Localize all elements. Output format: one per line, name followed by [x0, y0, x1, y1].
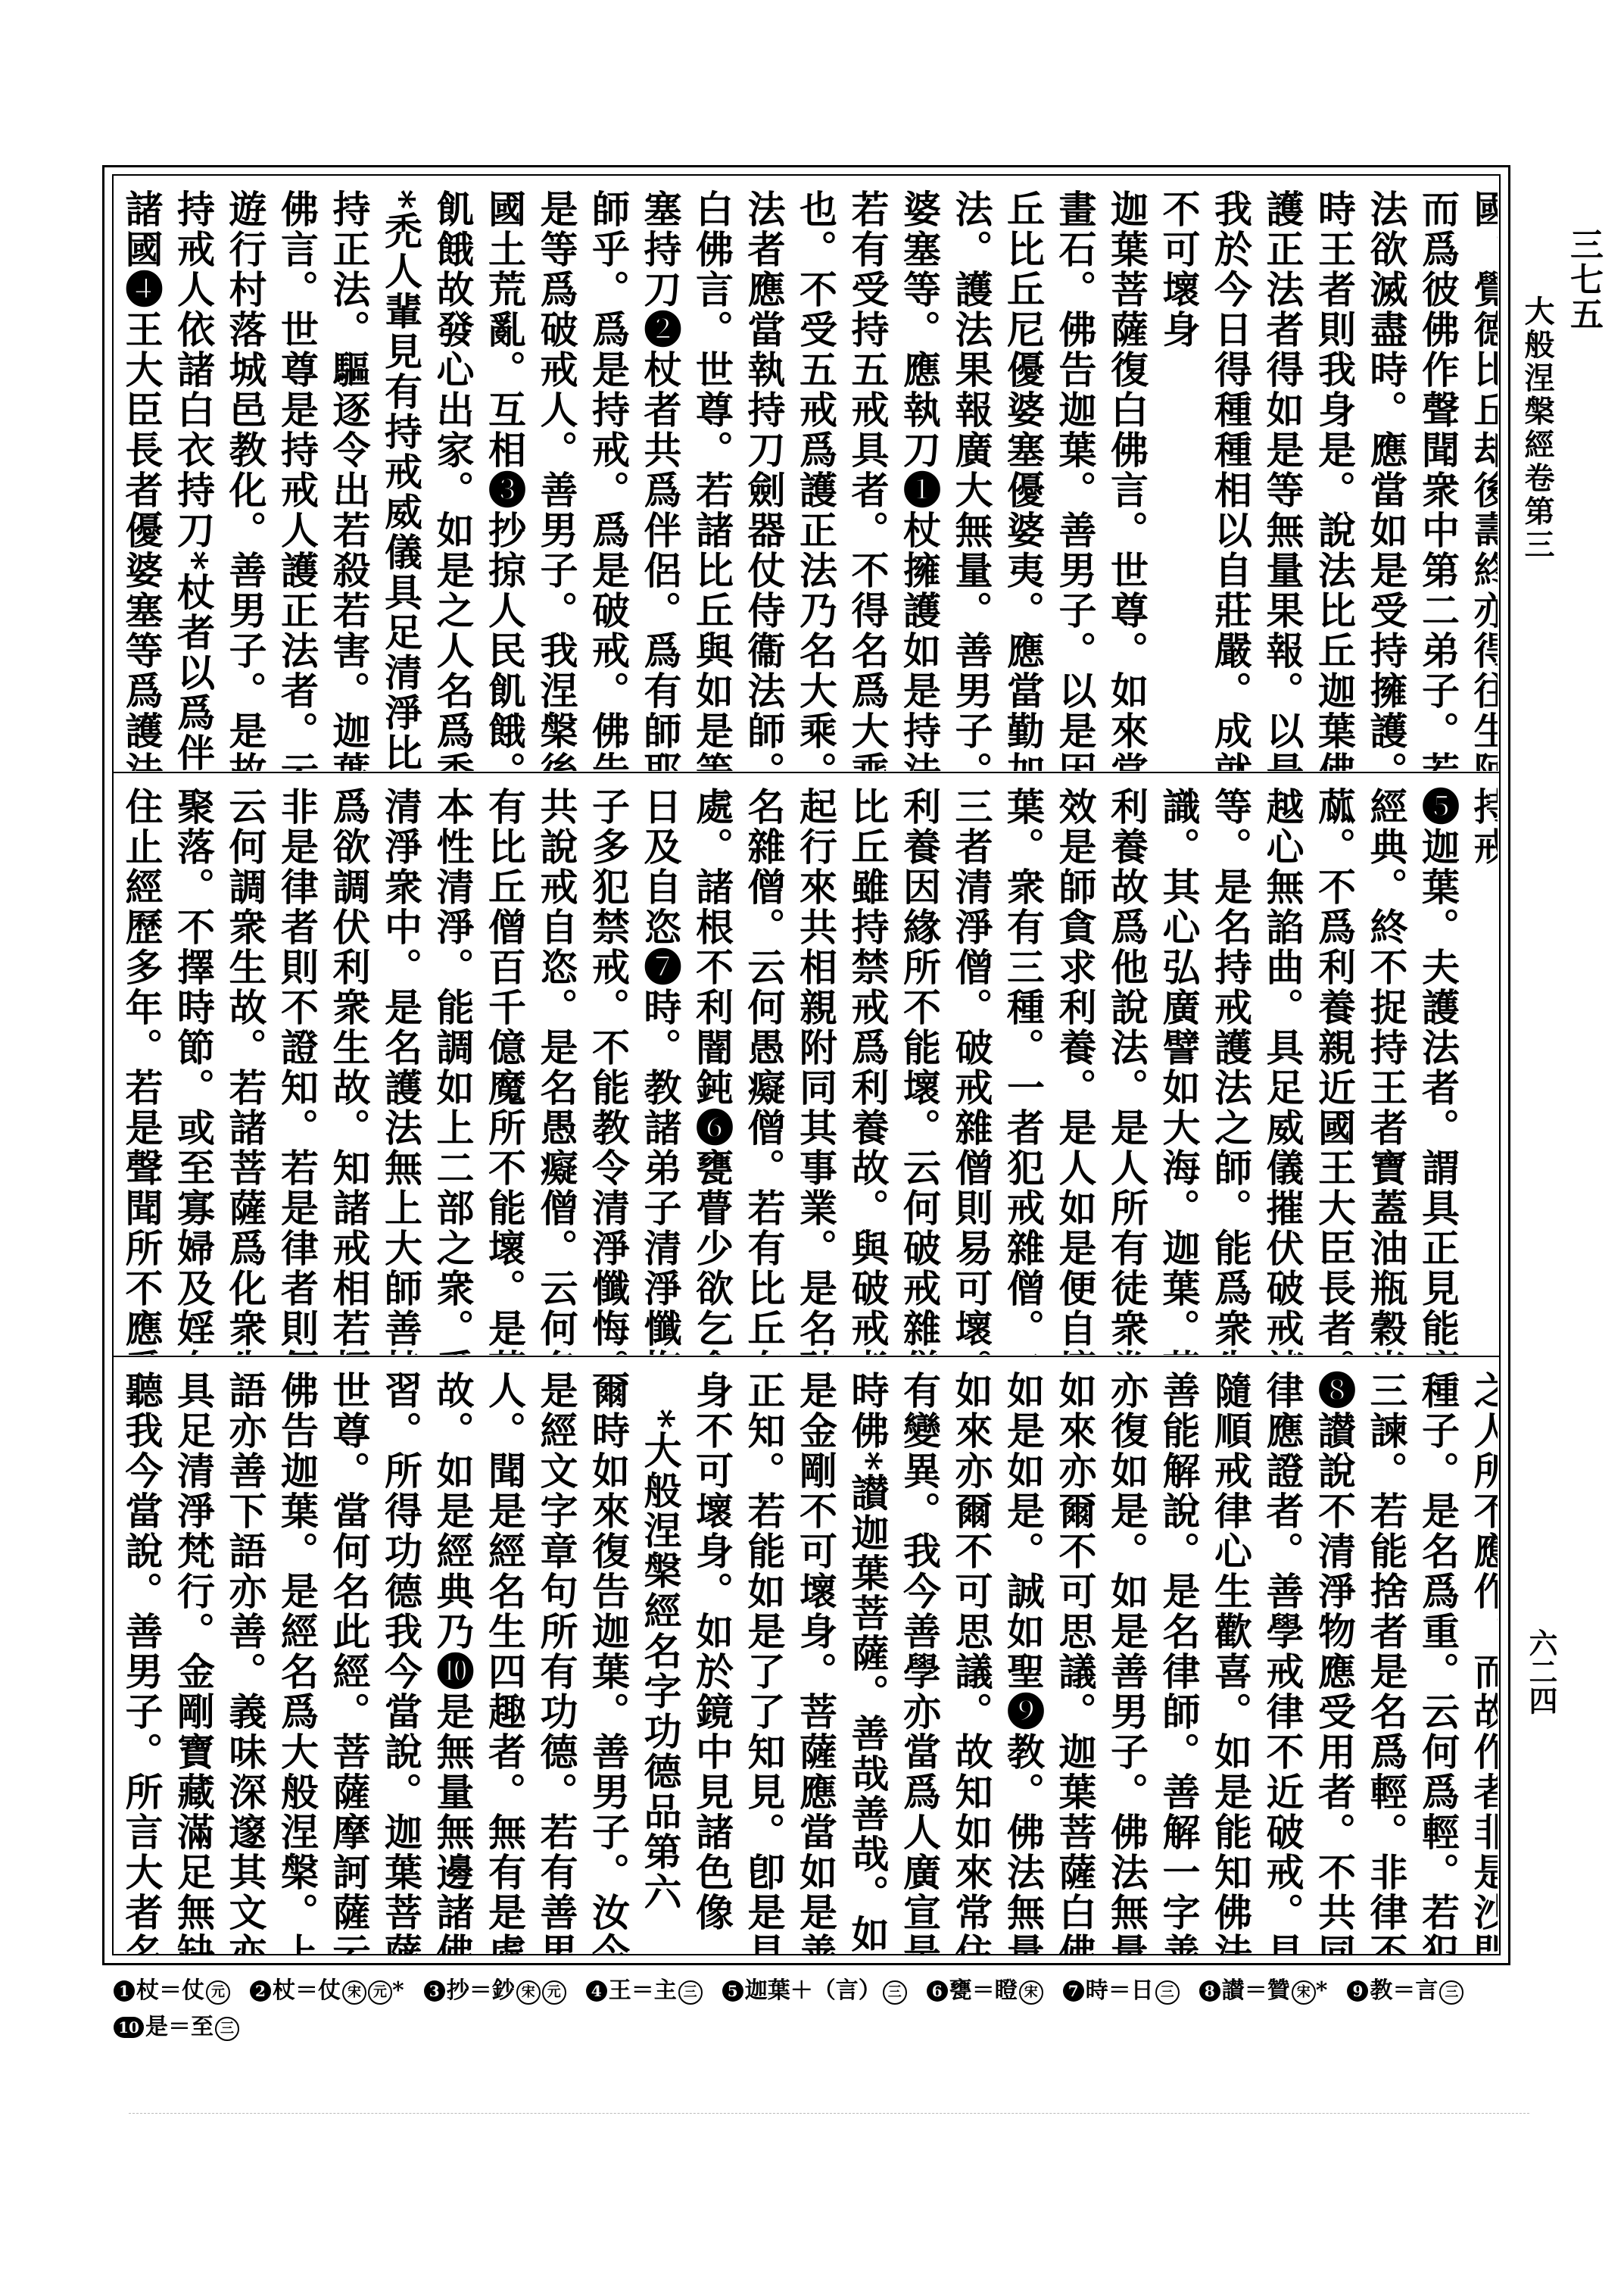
text-column: 種子。是名爲重。云何爲輕。若犯輕事如是: [1412, 1371, 1464, 1954]
text-column: 非是律者則不證知。若是律者則便證知。: [271, 787, 323, 1355]
text-column: 習。所得功德我今當說。迦葉菩薩白佛言。: [375, 1371, 427, 1954]
text-column: 三者清淨僧。破戒雜僧則易可壞。持戒淨僧: [945, 787, 997, 1355]
text-column: 故。如是經典乃❿是無量無邊諸佛之所修: [426, 1371, 478, 1954]
running-title: 大般涅槃經卷第三: [1516, 295, 1559, 562]
text-column: 諸國❹王大臣長者優婆塞等爲護法故雖: [115, 189, 167, 771]
text-column: *大般涅槃經名字功德品第六: [634, 1371, 686, 1954]
text-panel-lower: 調伏利益衆生。云何知重若見如來因事制戒。汝從今日愼莫更犯。如四重禁出家之人所不應…: [115, 1357, 1498, 1954]
footnote-text: 教＝言: [1370, 1977, 1438, 2004]
text-column: ❺迦葉。夫護法者。謂具正見能廣宣說大乘: [1412, 787, 1464, 1355]
footnote-number-badge: 5: [722, 1980, 743, 2002]
footnote-text: 迦葉＋（言）: [745, 1977, 881, 2004]
edition-mark-icon: 元: [542, 1980, 566, 2005]
text-column: 有比丘僧百千億魔所不能壞。是菩薩衆: [478, 787, 531, 1355]
edition-mark-icon: 三: [215, 2017, 239, 2041]
text-column: 如來亦爾不可思議。故知如來常住不壞無: [945, 1371, 997, 1954]
edition-mark-icon: 三: [678, 1980, 703, 2005]
footnote: 3抄＝鈔宋元: [424, 1973, 566, 2009]
text-column: 是經文字章句所有功德。若有善男子善女: [530, 1371, 582, 1954]
text-column: 佛告迦葉。是經名爲大般涅槃。上語亦善中: [271, 1371, 323, 1954]
text-column: 人。聞是經名生四趣者。無有是處。何以: [478, 1371, 531, 1954]
footnote-number-badge: 4: [586, 1980, 607, 2002]
text-column: 若有受持五戒具者。不得名爲大乘人: [841, 189, 893, 771]
edition-mark-icon: 三: [1439, 1980, 1463, 2005]
text-column: 有變異。我今善學亦當爲人廣宣是義。爾: [893, 1371, 946, 1954]
text-column: 正知。若能如是了了知見。卽是見佛金剛之: [737, 1371, 790, 1954]
text-column: 時佛*讃迦葉菩薩。善哉善哉。如來身者卽: [841, 1371, 893, 1954]
sutra-page: 三七五 大般涅槃經卷第三 六二四 子。其王將從人民眷屬。有戰鬪者有隨喜者。一切不…: [0, 0, 1624, 2272]
text-column: 本性清淨。能調如上二部之衆。悉令安住: [426, 787, 478, 1355]
text-column: 識。其心弘廣譬如大海。迦葉。若有比丘以: [1152, 787, 1205, 1355]
text-column: 越心無諂曲。具足威儀摧伏破戒諸惡人: [1256, 787, 1308, 1355]
text-column: 之人所不應作。而故作者非是沙門非釋: [1463, 1371, 1498, 1954]
footnote: 4王＝主三: [586, 1973, 703, 2009]
text-column: 爲欲調伏利衆生故。知諸戒相若輕若重。: [323, 787, 375, 1355]
text-column: 持戒: [1463, 787, 1498, 1355]
text-column: 護正法者得如是等無量果報。以是因緣: [1256, 189, 1308, 771]
text-column: 不可壞身: [1152, 189, 1205, 771]
scan-artifacts: [129, 2113, 1529, 2121]
text-column: 蓏。不爲利養親近國王大臣長者。於諸檀: [1308, 787, 1361, 1355]
footnote-number-badge: 1: [114, 1980, 135, 2002]
text-column: 利養故爲他說法。是人所有徒衆眷屬。亦: [1101, 787, 1153, 1355]
footnote: 2杖＝仗宋元*: [250, 1973, 404, 2009]
text-panel-middle: 持刀*杖。我說是等名爲持戒。雖持刀*杖不應斷命。若能如是。卽得名爲第一持戒❺迦葉…: [115, 773, 1498, 1355]
text-column: 善能解說。是名律師。善解一字善持契經: [1152, 1371, 1205, 1954]
text-column: 遊行村落城邑教化。善男子。是故我今聽: [219, 189, 271, 771]
footnote: 6甕＝瞪宋: [927, 1973, 1043, 2009]
text-column: *禿人輩見有持戒威儀具足清淨比丘護: [375, 189, 427, 771]
text-column: 清淨衆中。是名護法無上大師善持律者。: [375, 787, 427, 1355]
text-column: 等。是名持戒護法之師。能爲衆生眞善知: [1205, 787, 1257, 1355]
text-columns-lower: 調伏利益衆生。云何知重若見如來因事制戒。汝從今日愼莫更犯。如四重禁出家之人所不應…: [115, 1357, 1498, 1954]
footnote: 5迦葉＋（言）三: [722, 1973, 907, 2009]
text-column: 效是師貪求利養。是人如是便自壞衆。迦: [1049, 787, 1101, 1355]
footnote: 9教＝言三: [1347, 1973, 1463, 2009]
text-column: 婆塞等。應執刀❶杖擁護如是持法比丘。: [893, 189, 946, 771]
text-column: 日及自恣❼時。教諸弟子清淨懺悔。見非弟: [634, 787, 686, 1355]
page-number: 六二四: [1520, 1628, 1562, 1715]
text-column: 也。不受五戒爲護正法乃名大乘。護正: [790, 189, 842, 771]
text-column: 聽我今當說。善男子。所言大者名之爲常。: [115, 1371, 167, 1954]
text-column: 世尊。當何名此經。菩薩摩訶薩云何奉持。: [323, 1371, 375, 1954]
text-column: 是金剛不可壞身。菩薩應當如是善學正見: [790, 1371, 842, 1954]
text-column: 時王者則我身是。說法比丘迦葉佛是。迦葉。: [1308, 189, 1361, 771]
footnote-text: 是＝至: [145, 2014, 214, 2040]
text-column: 亦復如是。如是善男子。佛法無量不可思議。: [1101, 1371, 1153, 1954]
footnote-number-badge: 10: [114, 2017, 144, 2038]
footnote-number-badge: 2: [250, 1980, 271, 2002]
footnote-text: 讃＝贊: [1222, 1977, 1290, 2004]
footnote: 10是＝至三: [114, 2009, 239, 2046]
text-column: 語亦善下語亦善。義味深邃其文亦善。純備: [219, 1371, 271, 1954]
text-column: 我於今日得種種相以自莊嚴。成就法身: [1205, 189, 1257, 771]
text-column: 隨順戒律心生歡喜。如是能知佛法所作: [1205, 1371, 1257, 1954]
text-column: 名雜僧。云何愚癡僧。若有比丘在阿蘭若: [737, 787, 790, 1355]
text-column: 身不可壞身。如於鏡中見諸色像: [686, 1371, 738, 1954]
footnote: 8讃＝贊宋*: [1199, 1973, 1328, 2009]
text-column: 丘比丘尼優婆塞優婆夷。應當勤加護持正: [997, 189, 1049, 771]
footnote-number-badge: 8: [1199, 1980, 1220, 2002]
footnote-text: 抄＝鈔: [447, 1977, 515, 2004]
edition-mark-icon: 宋: [516, 1980, 541, 2005]
text-column: 飢餓故發心出家。如是之人名爲禿人。是: [426, 189, 478, 771]
text-column: 法。護法果報廣大無量。善男子。是故護法優: [945, 189, 997, 771]
text-column: 迦葉菩薩復白佛言。世尊。如來常身猶如: [1101, 189, 1153, 771]
footnote-text: 杖＝仗: [136, 1977, 204, 2004]
text-column: 子多犯禁戒。不能教令清淨懺悔。而便與: [582, 787, 634, 1355]
asterisk-mark: *: [392, 1977, 404, 2004]
edition-mark-icon: 宋: [1292, 1980, 1316, 2005]
text-column: 佛言。世尊是持戒人護正法者。云何當得: [271, 189, 323, 771]
running-header: 三七五 大般涅槃經卷第三: [1516, 227, 1607, 562]
text-column: 云何調衆生故。若諸菩薩爲化衆生常入: [219, 787, 271, 1355]
footnote: 1杖＝仗元: [114, 1973, 230, 2009]
footnote-text: 王＝主: [609, 1977, 677, 2004]
text-column: 法者應當執持刀劍器仗侍衞法師。迦葉: [737, 189, 790, 771]
text-column: 持戒人依諸白衣持刀*杖者以爲伴侶。若: [167, 189, 220, 771]
text-column: 住止經歷多年。若是聲聞所不應爲。是名: [115, 787, 167, 1355]
footnote: 7時＝日三: [1063, 1973, 1180, 2009]
text-column: 共說戒自恣。是名愚癡僧。云何名清淨僧。: [530, 787, 582, 1355]
text-columns-middle: 持刀*杖。我說是等名爲持戒。雖持刀*杖不應斷命。若能如是。卽得名爲第一持戒❺迦葉…: [115, 773, 1498, 1355]
text-column: 持正法。驅逐令出若殺若害。迦葉菩薩復白: [323, 189, 375, 771]
volume-number: 三七五: [1564, 227, 1603, 332]
footnotes: 1杖＝仗元2杖＝仗宋元*3抄＝鈔宋元4王＝主三5迦葉＋（言）三6甕＝瞪宋7時＝日…: [114, 1973, 1590, 2046]
text-column: ❽讃說不清淨物應受用者。不共同止。是: [1308, 1371, 1361, 1954]
text-column: 師乎。爲是持戒。爲是破戒。佛告迦葉。莫謂: [582, 189, 634, 771]
text-column: 聚落。不擇時節。或至寡婦及婬女舍。與同: [167, 787, 220, 1355]
footnote-number-badge: 9: [1347, 1980, 1368, 2002]
footnote-number-badge: 3: [424, 1980, 445, 2002]
asterisk-mark: *: [1316, 1977, 1328, 2004]
text-column: 三諫。若能捨者是名爲輕。非律不證者。若有: [1360, 1371, 1412, 1954]
footnote-number-badge: 7: [1063, 1980, 1084, 2002]
text-column: 國土荒亂。互相❸抄掠人民飢餓。爾時多有爲: [478, 189, 531, 771]
text-column: 利養因緣所不能壞。云何破戒雜僧。若有: [893, 787, 946, 1355]
text-column: 而爲彼佛作聲聞衆中第二弟子。若有正: [1412, 189, 1464, 771]
text-column: 如來亦爾不可思議。迦葉菩薩白佛言。世尊。: [1049, 1371, 1101, 1954]
text-column: 經典。終不捉持王者寶蓋油瓶穀米種種果: [1360, 787, 1412, 1355]
text-column: 畫石。佛告迦葉。善男子。以是因緣故。比: [1049, 189, 1101, 771]
edition-mark-icon: 元: [368, 1980, 392, 2005]
text-columns-upper: 子。其王將從人民眷屬。有戰鬪者有隨喜者。一切不退菩提之心。命終悉生阿閦佛國。覺德…: [115, 176, 1498, 771]
text-panel-upper: 子。其王將從人民眷屬。有戰鬪者有隨喜者。一切不退菩提之心。命終悉生阿閦佛國。覺德…: [115, 176, 1498, 771]
text-column: 如是如是。誠如聖❾教。佛法無量不可思議。: [997, 1371, 1049, 1954]
text-column: 起行來共相親附同其事業。是名破戒亦: [790, 787, 842, 1355]
text-column: 比丘雖持禁戒爲利養故。與破戒者坐: [841, 787, 893, 1355]
footnote-number-badge: 6: [927, 1980, 948, 2002]
text-column: 法欲滅盡時。應當如是受持擁護。迦葉爾: [1360, 189, 1412, 771]
text-column: 處。諸根不利闇鈍❻甕瞢少欲乞食。於說戒: [686, 787, 738, 1355]
text-column: 是等爲破戒人。善男子。我涅槃後濁惡之世: [530, 189, 582, 771]
text-column: 爾時如來復告迦葉。善男子。汝今應當善持: [582, 1371, 634, 1954]
text-column: 塞持刀❷杖者共爲伴侶。爲有師耶。爲無: [634, 189, 686, 771]
footnote-text: 時＝日: [1086, 1977, 1154, 2004]
text-column: 國。覺德比丘却後壽終亦得往生阿閦佛國。: [1463, 189, 1498, 771]
text-column: 葉。衆有三種。一者犯戒雜僧。二者愚癡僧。: [997, 787, 1049, 1355]
footnote-text: 甕＝瞪: [949, 1977, 1018, 2004]
edition-mark-icon: 三: [883, 1980, 907, 2005]
edition-mark-icon: 宋: [1019, 1980, 1043, 2005]
text-column: 具足清淨梵行。金剛寶藏滿足無缺。汝善諦: [167, 1371, 220, 1954]
text-column: 白佛言。世尊。若諸比丘與如是等諸優婆: [686, 189, 738, 771]
edition-mark-icon: 宋: [342, 1980, 366, 2005]
footnote-text: 杖＝仗: [273, 1977, 341, 2004]
edition-mark-icon: 元: [206, 1980, 230, 2005]
text-column: 律應證者。善學戒律不近破戒。見有所行: [1256, 1371, 1308, 1954]
edition-mark-icon: 三: [1155, 1980, 1180, 2005]
